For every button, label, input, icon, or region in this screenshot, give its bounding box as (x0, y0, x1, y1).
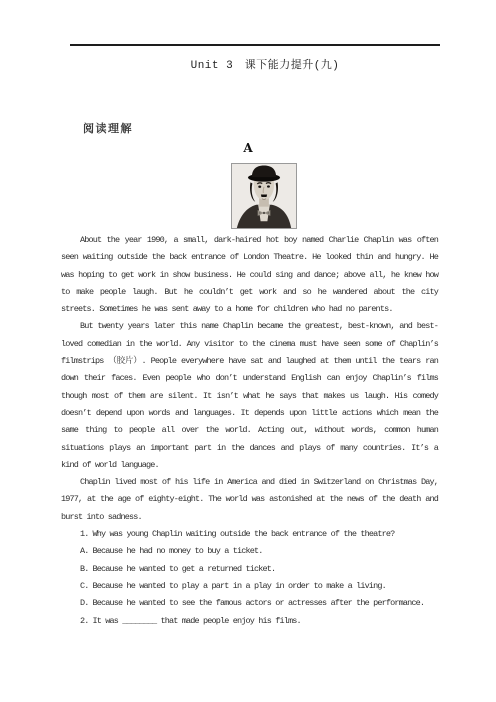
passage-label-a: A (0, 141, 496, 155)
question-1-option-d: D.Because he wanted to see the famous ac… (61, 595, 438, 612)
passage-paragraph-2: But twenty years later this name Chaplin… (61, 318, 438, 474)
option-d-text: Because he wanted to see the famous acto… (93, 598, 425, 608)
passage-paragraph-3: Chaplin lived most of his life in Americ… (61, 474, 438, 526)
passage-and-questions: About the year 1990, a small, dark-haire… (61, 232, 438, 630)
chaplin-portrait-image (232, 164, 296, 228)
question-1-option-c: C.Because he wanted to play a part in a … (61, 578, 438, 595)
passage-paragraph-1: About the year 1990, a small, dark-haire… (61, 232, 438, 318)
charlie-chaplin-photo (231, 163, 297, 229)
option-b-label: B. (80, 564, 89, 574)
question-2: 2.It was ________ that made people enjoy… (61, 613, 438, 630)
option-a-text: Because he had no money to buy a ticket. (93, 546, 263, 556)
question-1-option-b: B.Because he wanted to get a returned ti… (61, 561, 438, 578)
question-1-option-a: A.Because he had no money to buy a ticke… (61, 543, 438, 560)
option-a-label: A. (80, 546, 89, 556)
question-1: 1.Why was young Chaplin waiting outside … (61, 526, 438, 543)
question-2-number: 2. (80, 616, 89, 626)
option-b-text: Because he wanted to get a returned tick… (93, 564, 276, 574)
question-1-number: 1. (80, 529, 89, 539)
page-title: Unit 3 课下能力提升(九) (34, 56, 496, 72)
option-d-label: D. (80, 598, 89, 608)
worksheet-page: Unit 3 课下能力提升(九) 阅读理解 A (0, 0, 496, 702)
question-1-text: Why was young Chaplin waiting outside th… (93, 529, 395, 539)
option-c-label: C. (80, 581, 89, 591)
header-rule (70, 44, 440, 46)
question-2-text-with-blank: It was ________ that made people enjoy h… (93, 616, 301, 626)
option-c-text: Because he wanted to play a part in a pl… (93, 581, 386, 591)
section-label-reading-comprehension: 阅读理解 (83, 120, 133, 136)
